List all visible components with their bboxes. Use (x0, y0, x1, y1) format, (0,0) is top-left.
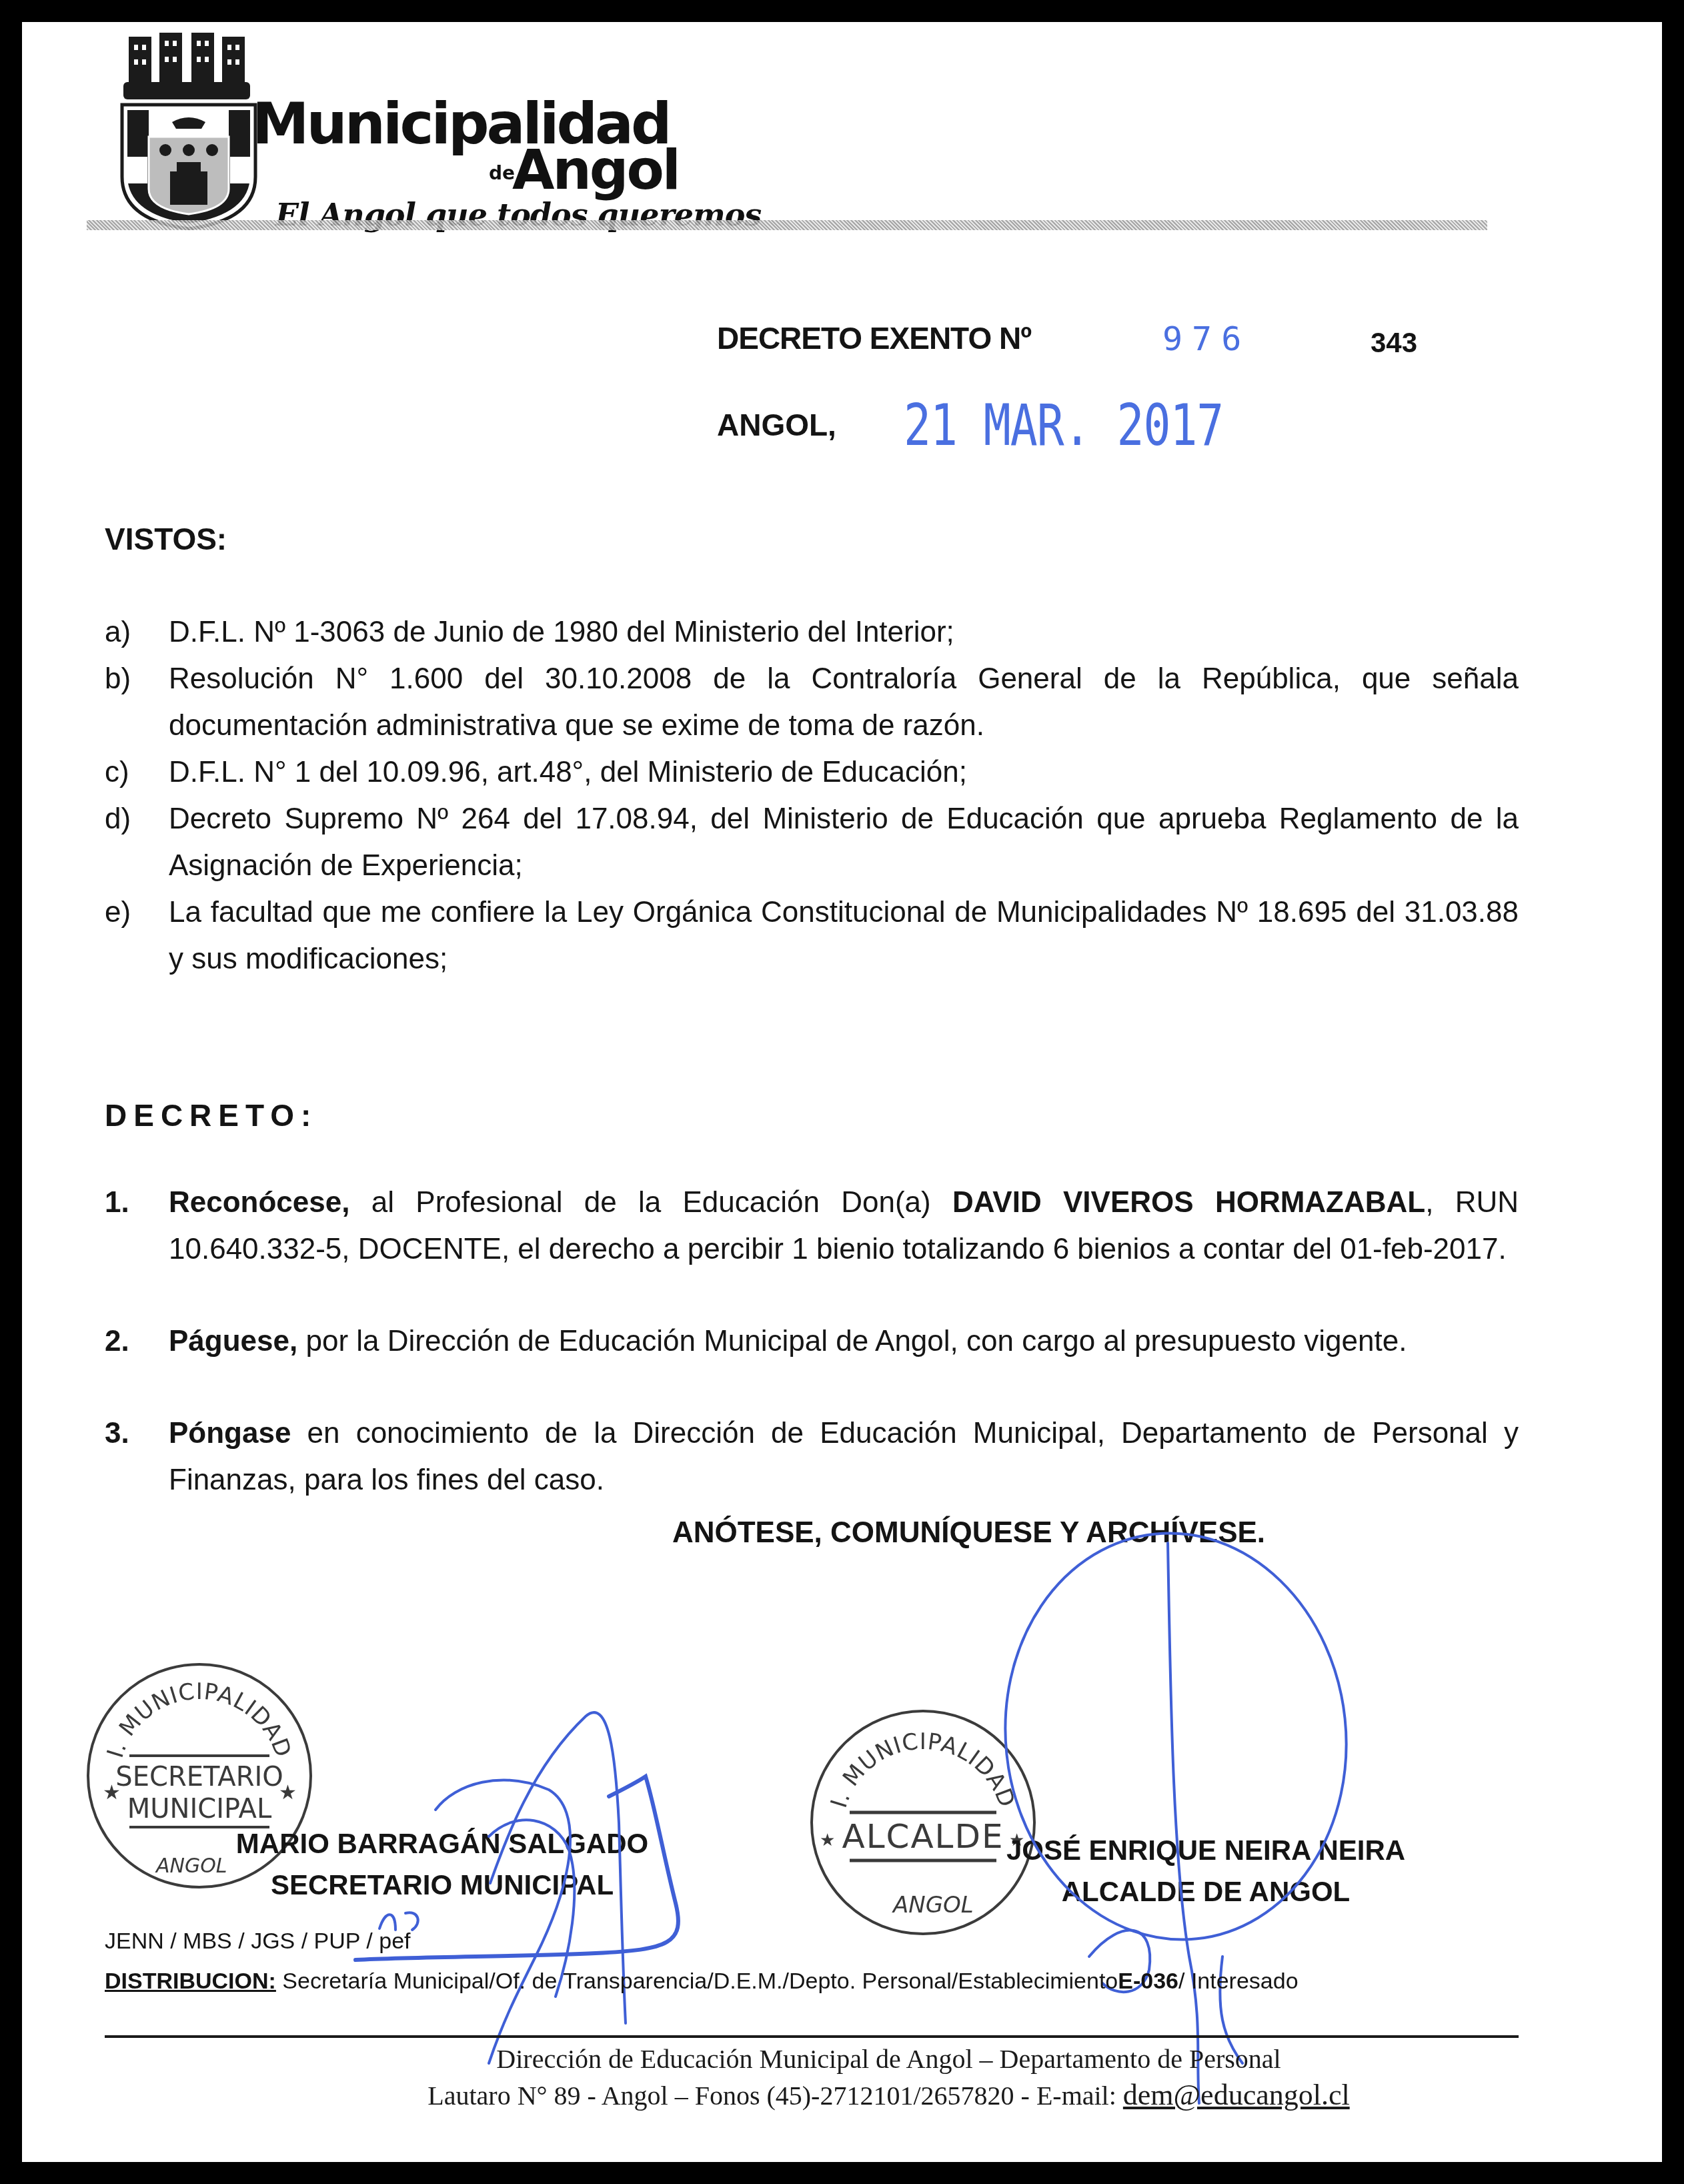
list-item-text: Decreto Supremo Nº 264 del 17.08.94, del… (169, 802, 1519, 882)
star-icon: ★ (103, 1782, 121, 1804)
article-text: en conocimiento de la Dirección de Educa… (169, 1417, 1519, 1496)
svg-text:I. MUNICIPALIDAD: I. MUNICIPALIDAD (102, 1678, 297, 1761)
vistos-list: a) D.F.L. Nº 1-3063 de Junio de 1980 del… (105, 609, 1519, 983)
seal-top-text: I. MUNICIPALIDAD (826, 1728, 1020, 1811)
decree-label: DECRETO EXENTO Nº (717, 320, 1031, 356)
seal-middle-text: MUNICIPAL (127, 1794, 272, 1824)
reference-initials: JENN / MBS / JGS / PUP / pef (105, 1929, 411, 1955)
list-marker: c) (105, 749, 129, 796)
star-icon: ★ (279, 1782, 297, 1804)
distribution-text: Secretaría Municipal/Of. de Transparenci… (276, 1969, 1118, 1994)
list-marker: e) (105, 889, 131, 936)
footer-department: Dirección de Educación Municipal de Ango… (22, 2043, 1662, 2075)
article-verb: Póngase (169, 1417, 291, 1450)
closing-formula: ANÓTESE, COMUNÍQUESE Y ARCHÍVESE. (22, 1516, 1662, 1550)
list-marker: d) (105, 796, 131, 843)
secretary-signature-block: MARIO BARRAGÁN SALGADO SECRETARIO MUNICI… (229, 1823, 656, 1906)
list-item-text: D.F.L. Nº 1-3063 de Junio de 1980 del Mi… (169, 616, 954, 648)
signer-name: JOSÉ ENRIQUE NEIRA NEIRA (992, 1830, 1419, 1871)
document-page: Municipalidad de Angol El Angol que todo… (22, 22, 1662, 2162)
svg-text:I. MUNICIPALIDAD: I. MUNICIPALIDAD (826, 1728, 1020, 1811)
distribution-end: / Interesado (1178, 1969, 1299, 1994)
coat-of-arms-icon (109, 30, 269, 230)
list-item-text: Resolución N° 1.600 del 30.10.2008 de la… (169, 662, 1519, 742)
decree-articles: 1. Reconócese, al Profesional de la Educ… (105, 1179, 1519, 1504)
seal-bottom-text: ANGOL (155, 1854, 227, 1878)
city-label: ANGOL, (717, 407, 836, 443)
list-item-text: D.F.L. N° 1 del 10.09.96, art.48°, del M… (169, 756, 967, 788)
article-text: por la Dirección de Educación Municipal … (297, 1325, 1407, 1357)
footer-email-link[interactable]: dem@educangol.cl (1123, 2079, 1350, 2111)
distribution-label: DISTRIBUCION: (105, 1969, 276, 1994)
footer-contact: Lautaro N° 89 - Angol – Fonos (45)-27121… (22, 2078, 1662, 2112)
signer-title: SECRETARIO MUNICIPAL (229, 1864, 656, 1906)
header-divider (87, 220, 1487, 230)
brand-preposition: de (489, 162, 515, 184)
signer-name: MARIO BARRAGÁN SALGADO (229, 1823, 656, 1864)
list-marker: a) (105, 609, 131, 656)
star-icon: ★ (820, 1830, 835, 1850)
brand-city: Angol (512, 143, 679, 198)
stamped-decree-number: 976 (1162, 320, 1250, 358)
list-item: e) La facultad que me confiere la Ley Or… (105, 889, 1519, 983)
article-number: 3. (105, 1410, 129, 1457)
decree-article: 3. Póngase en conocimiento de la Direcci… (105, 1410, 1519, 1504)
stamped-date: 21 MAR. 2017 (904, 393, 1223, 459)
list-item: a) D.F.L. Nº 1-3063 de Junio de 1980 del… (105, 609, 1519, 656)
decree-article: 1. Reconócese, al Profesional de la Educ… (105, 1179, 1519, 1273)
footer-address: Lautaro N° 89 - Angol – Fonos (45)-27121… (428, 2081, 1123, 2111)
list-item: c) D.F.L. N° 1 del 10.09.96, art.48°, de… (105, 749, 1519, 796)
list-item: b) Resolución N° 1.600 del 30.10.2008 de… (105, 656, 1519, 749)
signer-title: ALCALDE DE ANGOL (992, 1871, 1419, 1913)
mayor-signature-block: JOSÉ ENRIQUE NEIRA NEIRA ALCALDE DE ANGO… (992, 1830, 1419, 1913)
article-verb: Páguese, (169, 1325, 297, 1357)
footer-divider (105, 2035, 1519, 2038)
beneficiary-name: DAVID VIVEROS HORMAZABAL (952, 1186, 1425, 1219)
list-item: d) Decreto Supremo Nº 264 del 17.08.94, … (105, 796, 1519, 889)
article-number: 2. (105, 1318, 129, 1365)
seal-middle-text: ALCALDE (842, 1817, 1004, 1856)
decree-article: 2. Páguese, por la Dirección de Educació… (105, 1318, 1519, 1365)
vistos-heading: VISTOS: (105, 521, 227, 557)
distribution-line: DISTRIBUCION: Secretaría Municipal/Of. d… (105, 1969, 1299, 1995)
printed-decree-number: 343 (1371, 327, 1417, 359)
list-item-text: La facultad que me confiere la Ley Orgán… (169, 896, 1519, 975)
article-text: al Profesional de la Educación Don(a) (349, 1186, 952, 1219)
establishment-code: E-036 (1118, 1969, 1178, 1994)
seal-bottom-text: ANGOL (892, 1892, 974, 1919)
list-marker: b) (105, 656, 131, 702)
article-number: 1. (105, 1179, 129, 1226)
article-verb: Reconócese, (169, 1186, 349, 1219)
seal-top-text: I. MUNICIPALIDAD (102, 1678, 297, 1761)
decreto-heading: DECRETO: (105, 1097, 317, 1133)
seal-middle-text: SECRETARIO (115, 1762, 283, 1792)
